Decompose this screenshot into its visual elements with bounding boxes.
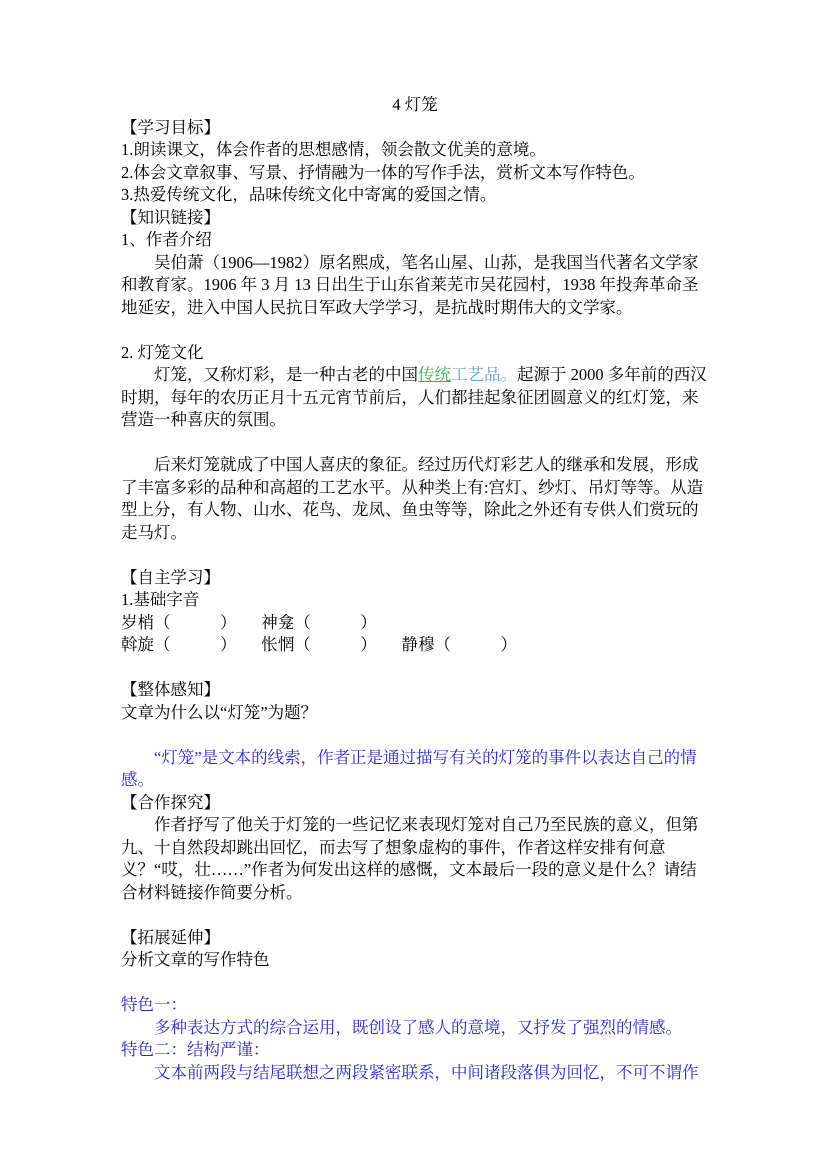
section-heading-extension: 【拓展延伸】 — [121, 927, 709, 950]
feature2-text: 文本前两段与结尾联想之两段紧密联系，中间诸段落俱为回忆，不可不谓作 — [121, 1062, 709, 1085]
lantern-culture-paragraph-2: 后来灯笼就成了中国人喜庆的象征。经过历代灯彩艺人的继承和发展，形成了丰富多彩的品… — [121, 454, 709, 544]
blank-line — [121, 432, 709, 455]
blank-line — [121, 544, 709, 567]
blank-line — [121, 657, 709, 680]
section-heading-study-goals: 【学习目标】 — [121, 117, 709, 140]
study-goal-item: 1.朗读课文，体会作者的思想感情，领会散文优美的意境。 — [121, 139, 709, 162]
self-study-subheading: 1.基础字音 — [121, 589, 709, 612]
section-heading-knowledge-link: 【知识链接】 — [121, 207, 709, 230]
study-goal-item: 2.体会文章叙事、写景、抒情融为一体的写作手法，赏析文本写作特色。 — [121, 162, 709, 185]
author-intro-paragraph: 吴伯萧（1906—1982）原名熙成，笔名山屋、山荪，是我国当代著名文学家和教育… — [121, 252, 709, 320]
craftwork-highlight-text: 工艺品。 — [451, 365, 517, 384]
blank-line — [121, 972, 709, 995]
lantern-p1-prefix: 灯笼，又称灯彩，是一种古老的中国 — [154, 365, 418, 384]
blank-line — [121, 904, 709, 927]
feature1-label: 特色一： — [121, 994, 709, 1017]
study-goal-item: 3.热爱传统文化，品味传统文化中寄寓的爱国之情。 — [121, 184, 709, 207]
lantern-culture-heading: 2. 灯笼文化 — [121, 342, 709, 365]
page-title: 4 灯笼 — [121, 94, 709, 117]
blank-line — [121, 319, 709, 342]
lantern-culture-paragraph-1: 灯笼，又称灯彩，是一种古老的中国传统工艺品。起源于 2000 多年前的西汉时期，… — [121, 364, 709, 432]
overall-perception-answer: “灯笼”是文本的线索，作者正是通过描写有关的灯笼的事件以表达自己的情感。 — [121, 747, 709, 792]
author-intro-heading: 1、作者介绍 — [121, 229, 709, 252]
blank-line — [121, 724, 709, 747]
tradition-hyperlink[interactable]: 传统 — [418, 365, 451, 384]
pinyin-blank-row: 岁梢（ ） 神龛（ ） — [121, 612, 709, 635]
cooperation-question: 作者抒写了他关于灯笼的一些记忆来表现灯笼对自己乃至民族的意义，但第九、十自然段却… — [121, 814, 709, 904]
section-heading-cooperation: 【合作探究】 — [121, 792, 709, 815]
feature2-label: 特色二：结构严谨： — [121, 1039, 709, 1062]
section-heading-self-study: 【自主学习】 — [121, 567, 709, 590]
extension-task: 分析文章的写作特色 — [121, 949, 709, 972]
pinyin-blank-row: 斡旋（ ） 怅惘（ ） 静穆（ ） — [121, 634, 709, 657]
overall-perception-question: 文章为什么以“灯笼”为题？ — [121, 702, 709, 725]
document-page: 4 灯笼 【学习目标】 1.朗读课文，体会作者的思想感情，领会散文优美的意境。 … — [0, 0, 827, 1169]
feature1-text: 多种表达方式的综合运用，既创设了感人的意境，又抒发了强烈的情感。 — [121, 1017, 709, 1040]
section-heading-overall-perception: 【整体感知】 — [121, 679, 709, 702]
